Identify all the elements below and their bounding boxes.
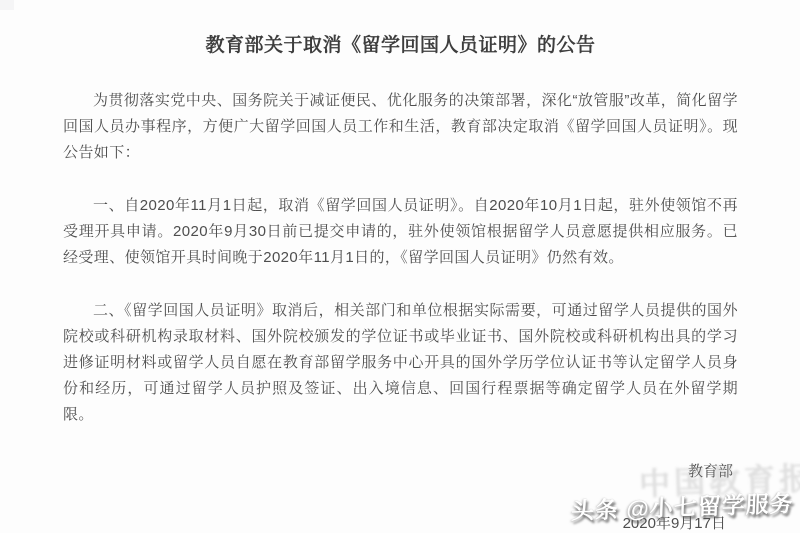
corner-artifact	[0, 0, 14, 10]
paragraph-item-1: 一、自2020年11月1日起，取消《留学回国人员证明》。自2020年10月1日起…	[63, 193, 738, 271]
issuer-signature: 教育部	[63, 459, 738, 485]
paragraph-intro: 为贯彻落实党中央、国务院关于减证便民、优化服务的决策部署，深化“放管服”改革，简…	[63, 88, 738, 166]
publication-date: 2020年9月17日	[63, 511, 738, 533]
page-title: 教育部关于取消《留学回国人员证明》的公告	[63, 33, 738, 59]
announcement-document: 教育部关于取消《留学回国人员证明》的公告 为贯彻落实党中央、国务院关于减证便民、…	[0, 0, 800, 533]
paragraph-item-2: 二、《留学回国人员证明》取消后，相关部门和单位根据实际需要，可通过留学人员提供的…	[63, 298, 738, 428]
